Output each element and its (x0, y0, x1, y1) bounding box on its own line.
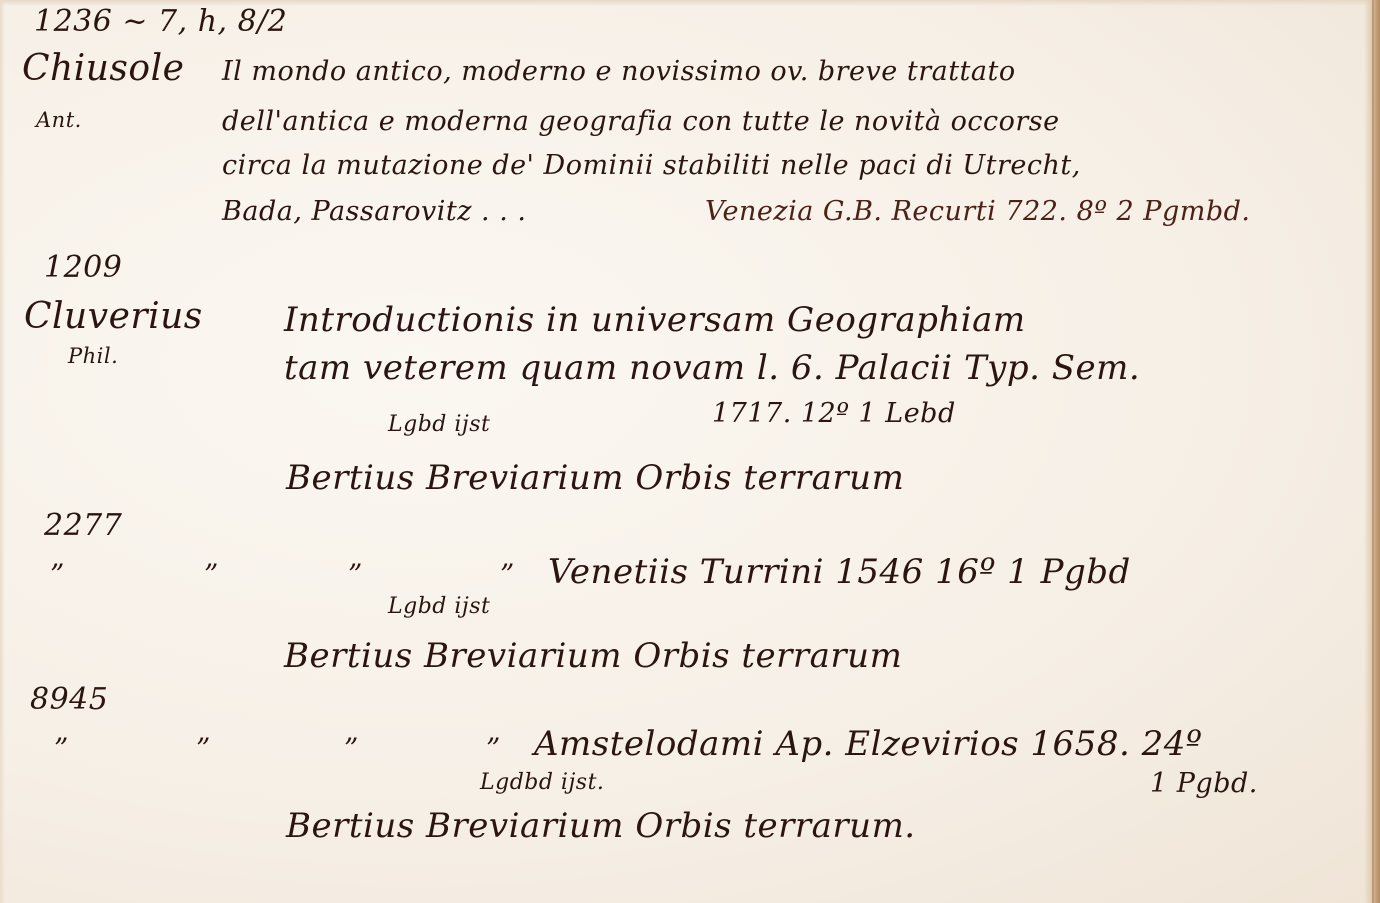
ditto-mark: ” (54, 732, 69, 765)
binding-count: 1 Pgbd. (1150, 768, 1258, 799)
imprint: 1717. 12º 1 Lebd (712, 398, 956, 429)
ditto-mark: ” (196, 732, 211, 765)
author-surname: Chiusole (22, 48, 184, 89)
title-line: circa la mutazione de' Dominii stabiliti… (222, 150, 1081, 181)
catalogue-page: 1236 ~ 7, h, 8/2 Chiusole Ant. Il mondo … (0, 0, 1380, 903)
title-line: Il mondo antico, moderno e novissimo ov.… (222, 56, 1016, 87)
shelfmark: 1236 ~ 7, h, 8/2 (34, 4, 287, 39)
ditto-mark: ” (348, 558, 363, 591)
imprint: Venezia G.B. Recurti 722. 8º 2 Pgmbd. (705, 196, 1251, 227)
binding-note: Lgbd ijst (388, 412, 490, 437)
appendix-line: Bertius Breviarium Orbis terrarum (284, 636, 902, 676)
page-left-edge (0, 0, 5, 903)
imprint: Venetiis Turrini 1546 16º 1 Pgbd (548, 552, 1131, 592)
ditto-mark: ” (204, 558, 219, 591)
title-line: dell'antica e moderna geografia con tutt… (222, 106, 1060, 137)
binding-note: Lgdbd ijst. (480, 770, 604, 795)
ditto-mark: ” (344, 732, 359, 765)
appendix-line: Bertius Breviarium Orbis terrarum. (286, 806, 916, 846)
page-binding-line (1372, 0, 1374, 903)
ditto-mark: ” (500, 558, 515, 591)
appendix-line: Bertius Breviarium Orbis terrarum (286, 458, 904, 498)
title-line: tam veterem quam novam l. 6. Palacii Typ… (284, 348, 1140, 388)
shelfmark: 8945 (30, 682, 108, 717)
title-line: Introductionis in universam Geographiam (284, 300, 1026, 340)
binding-note: Lgbd ijst (388, 594, 490, 619)
ditto-mark: ” (486, 732, 501, 765)
ditto-mark: ” (50, 558, 65, 591)
author-first-name: Phil. (68, 344, 118, 368)
shelfmark: 2277 (44, 508, 122, 543)
imprint: Amstelodami Ap. Elzevirios 1658. 24º (534, 724, 1202, 764)
shelfmark: 1209 (44, 250, 122, 285)
author-first-name: Ant. (36, 108, 82, 132)
author-surname: Cluverius (24, 296, 203, 337)
title-line: Bada, Passarovitz . . . (222, 196, 526, 227)
